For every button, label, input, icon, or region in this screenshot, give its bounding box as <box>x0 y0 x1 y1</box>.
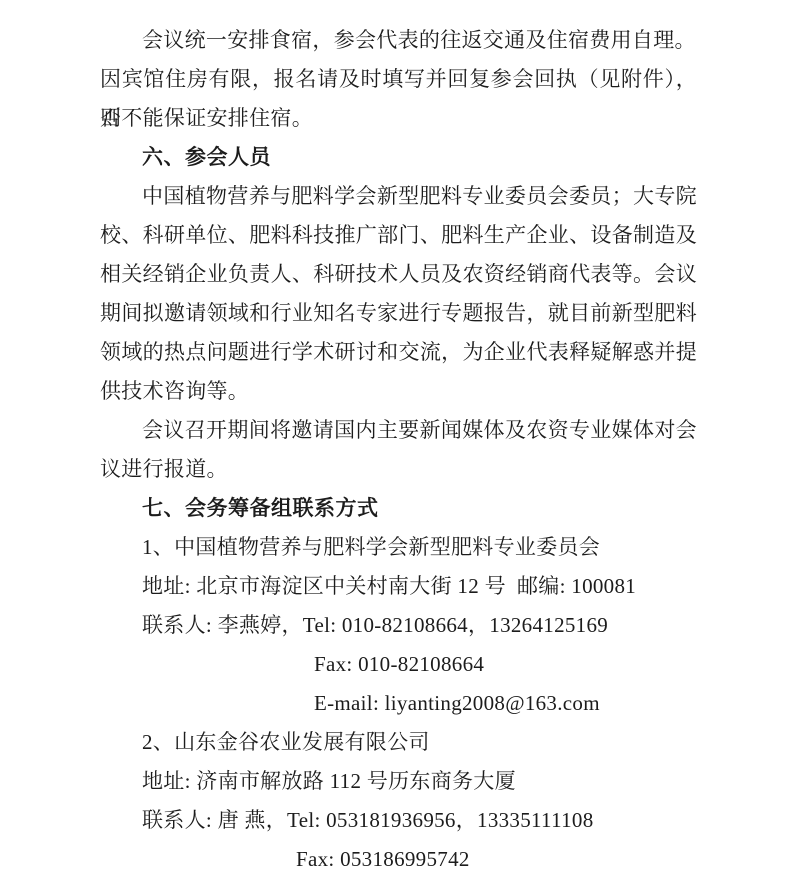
paragraph-line: 会议召开期间将邀请国内主要新闻媒体及农资专业媒体对会 <box>100 411 697 450</box>
paragraph-line: 因宾馆住房有限，报名请及时填写并回复参会回执（见附件），否 <box>100 60 697 99</box>
org-1-contact: 联系人: 李燕婷，Tel: 010-82108664，13264125169 <box>100 606 697 645</box>
org-2-name: 2、山东金谷农业发展有限公司 <box>100 723 697 762</box>
paragraph-line: 期间拟邀请领域和行业知名专家进行专题报告，就目前新型肥料 <box>100 294 697 333</box>
section-heading-contacts: 七、会务筹备组联系方式 <box>100 489 697 528</box>
paragraph-line: 则不能保证安排住宿。 <box>100 99 697 138</box>
paragraph-line: 会议统一安排食宿，参会代表的往返交通及住宿费用自理。 <box>100 21 697 60</box>
section-heading-participants: 六、参会人员 <box>100 138 697 177</box>
org-1-email: E-mail: liyanting2008@163.com <box>100 684 697 723</box>
paragraph-line: 议进行报道。 <box>100 450 697 489</box>
paragraph-line: 中国植物营养与肥料学会新型肥料专业委员会委员；大专院 <box>100 177 697 216</box>
paragraph-media: 会议召开期间将邀请国内主要新闻媒体及农资专业媒体对会 议进行报道。 <box>100 411 697 489</box>
org-2-address: 地址: 济南市解放路 112 号历东商务大厦 <box>100 762 697 801</box>
contact-block-org-1: 1、中国植物营养与肥料学会新型肥料专业委员会 地址: 北京市海淀区中关村南大街 … <box>100 528 697 723</box>
org-1-fax: Fax: 010-82108664 <box>100 645 697 684</box>
paragraph-line: 校、科研单位、肥料科技推广部门、肥料生产企业、设备制造及 <box>100 216 697 255</box>
paragraph-line: 领域的热点问题进行学术研讨和交流，为企业代表释疑解惑并提 <box>100 333 697 372</box>
org-1-name: 1、中国植物营养与肥料学会新型肥料专业委员会 <box>100 528 697 567</box>
paragraph-line: 供技术咨询等。 <box>100 372 697 411</box>
paragraph-accommodation: 会议统一安排食宿，参会代表的往返交通及住宿费用自理。 因宾馆住房有限，报名请及时… <box>100 21 697 138</box>
org-2-contact: 联系人: 唐 燕，Tel: 053181936956，13335111108 <box>100 801 697 840</box>
contact-block-org-2: 2、山东金谷农业发展有限公司 地址: 济南市解放路 112 号历东商务大厦 联系… <box>100 723 697 879</box>
document-body: 会议统一安排食宿，参会代表的往返交通及住宿费用自理。 因宾馆住房有限，报名请及时… <box>100 21 697 879</box>
paragraph-line: 相关经销企业负责人、科研技术人员及农资经销商代表等。会议 <box>100 255 697 294</box>
org-1-address: 地址: 北京市海淀区中关村南大街 12 号 邮编: 100081 <box>100 567 697 606</box>
paragraph-participants: 中国植物营养与肥料学会新型肥料专业委员会委员；大专院 校、科研单位、肥料科技推广… <box>100 177 697 411</box>
document-page: 会议统一安排食宿，参会代表的往返交通及住宿费用自理。 因宾馆住房有限，报名请及时… <box>0 0 794 881</box>
org-2-fax: Fax: 053186995742 <box>100 840 697 879</box>
